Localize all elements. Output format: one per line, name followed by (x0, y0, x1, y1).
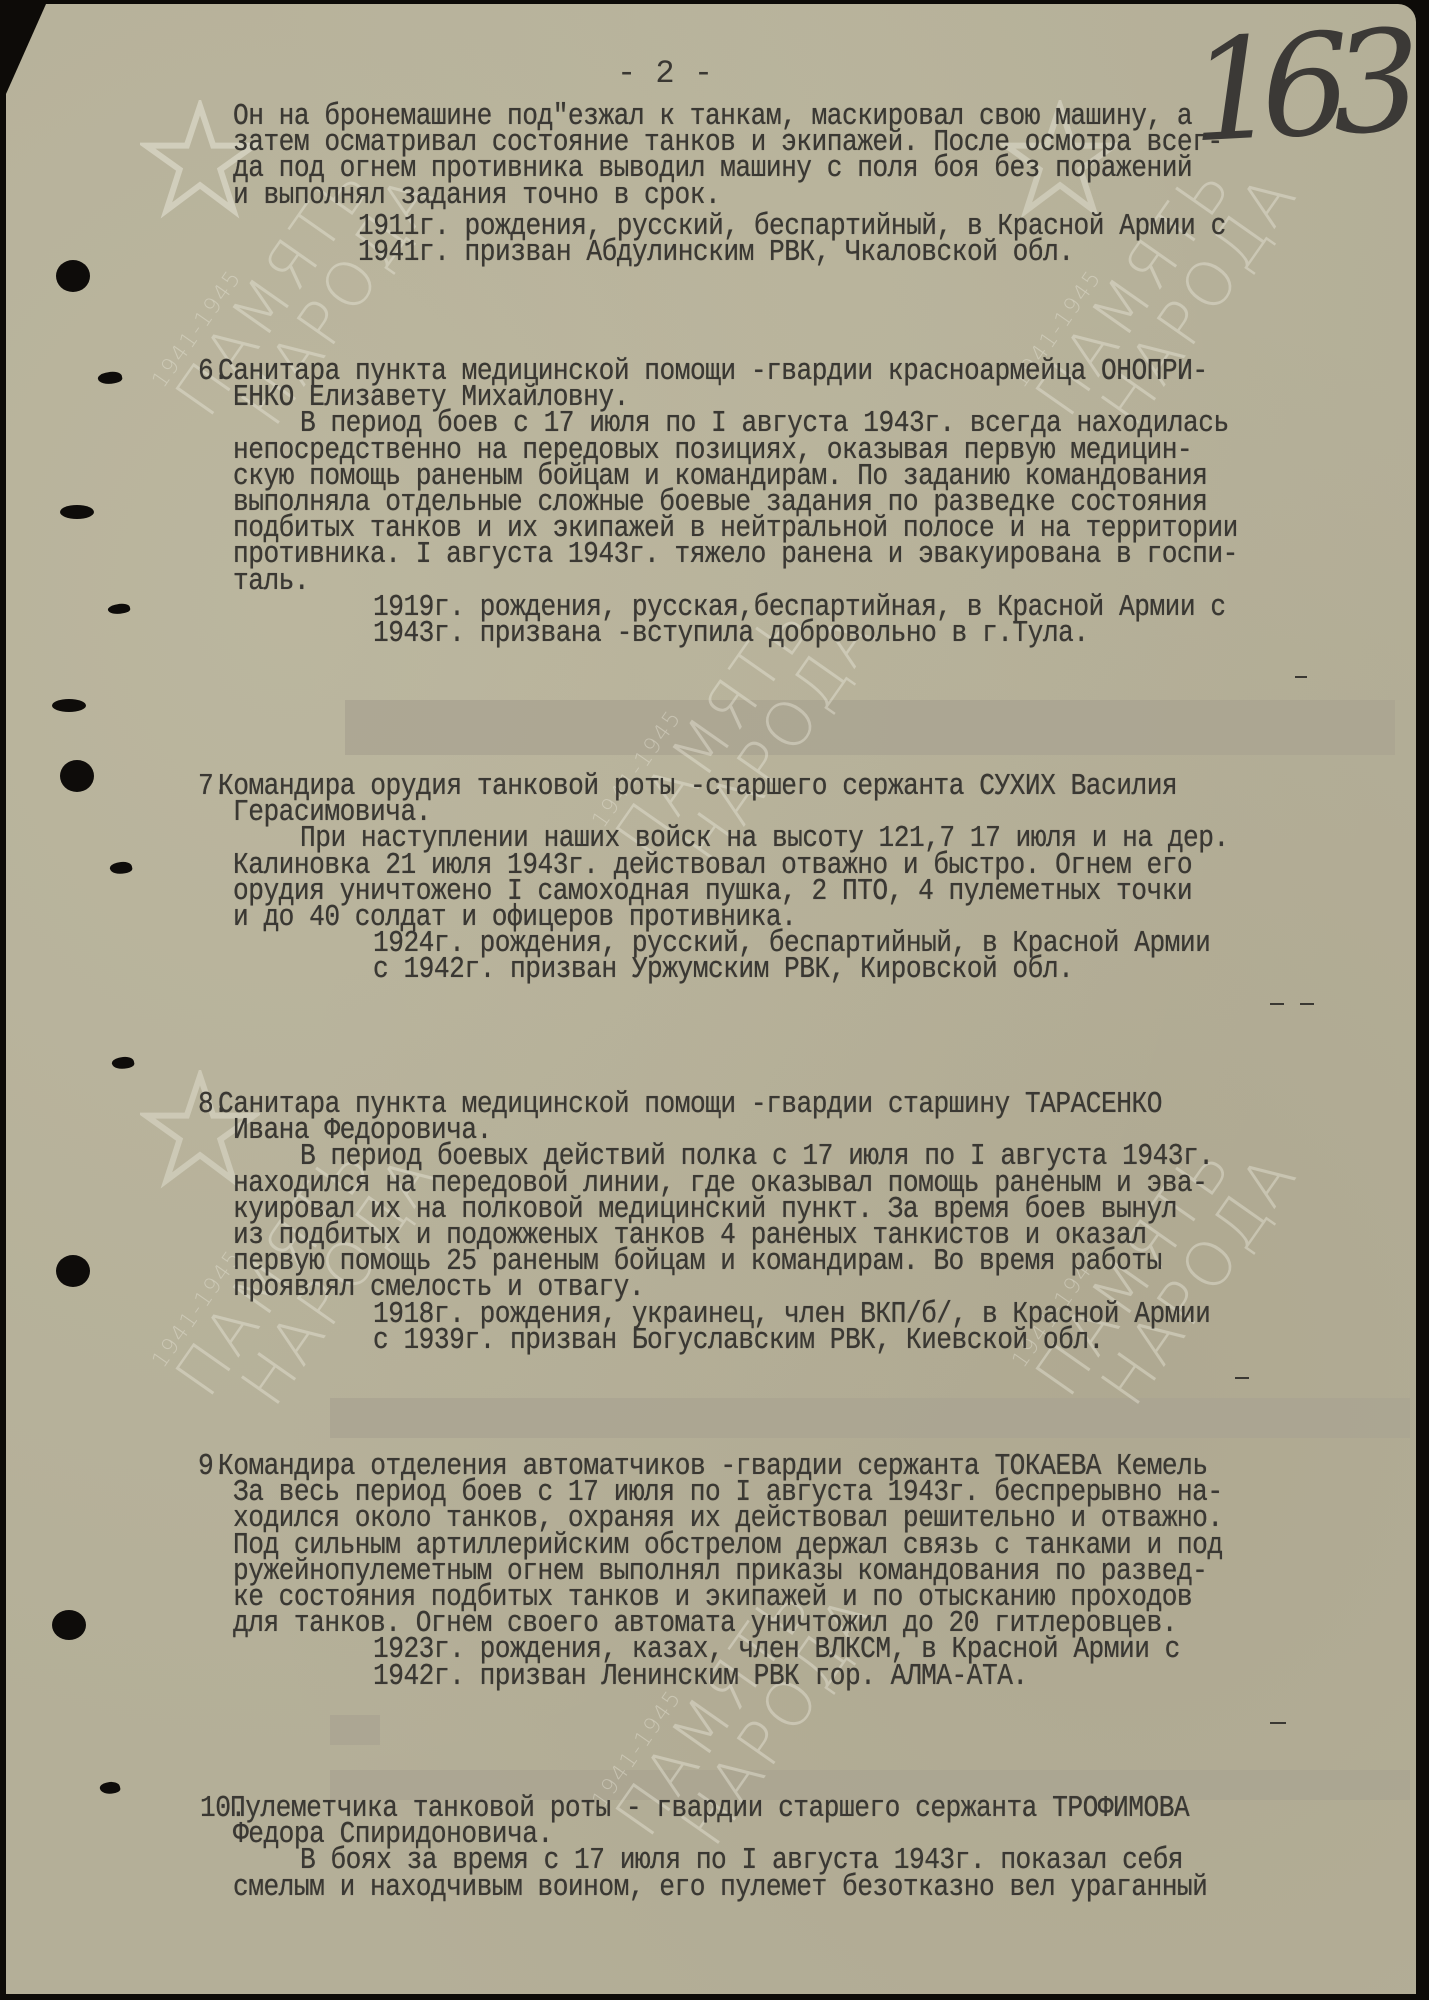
binder-hole (60, 760, 94, 792)
bio-line: 1941г. призван Абдулинским РВК, Чкаловск… (358, 236, 1074, 270)
line-end-dash (1300, 1003, 1314, 1005)
binder-hole (52, 699, 86, 712)
line-end-dash (1270, 1722, 1286, 1724)
binder-hole (60, 505, 94, 519)
binder-hole (52, 1610, 86, 1640)
entry-body-line: противника. I августа 1943г. тяжело ране… (233, 538, 1238, 572)
entry-bio-line: с 1939г. призван Богуславским РВК, Киевс… (373, 1324, 1104, 1358)
entry-bio-line: 1943г. призвана -вступила добровольно в … (373, 617, 1089, 651)
binder-hole (56, 1255, 90, 1287)
entry-body-line: смелым и находчивым воином, его пулемет … (233, 1871, 1207, 1905)
page-number: - 2 - (617, 55, 713, 92)
redaction-band (345, 700, 1395, 755)
paragraph-line: и выполнял задания точно в срок. (233, 179, 720, 213)
binder-hole (56, 260, 90, 292)
entry-body-line: таль. (233, 565, 309, 599)
entry-bio-line: 1942г. призван Ленинским РВК гор. АЛМА-А… (373, 1660, 1028, 1694)
line-end-dash (1235, 1377, 1249, 1379)
line-end-dash (1295, 676, 1307, 678)
line-end-dash (1270, 1003, 1284, 1005)
redaction-band (330, 1398, 1410, 1438)
document-page (6, 4, 1416, 1994)
entry-bio-line: с 1942г. призван Уржумским РВК, Кировско… (373, 953, 1073, 987)
redaction-band (330, 1715, 380, 1745)
